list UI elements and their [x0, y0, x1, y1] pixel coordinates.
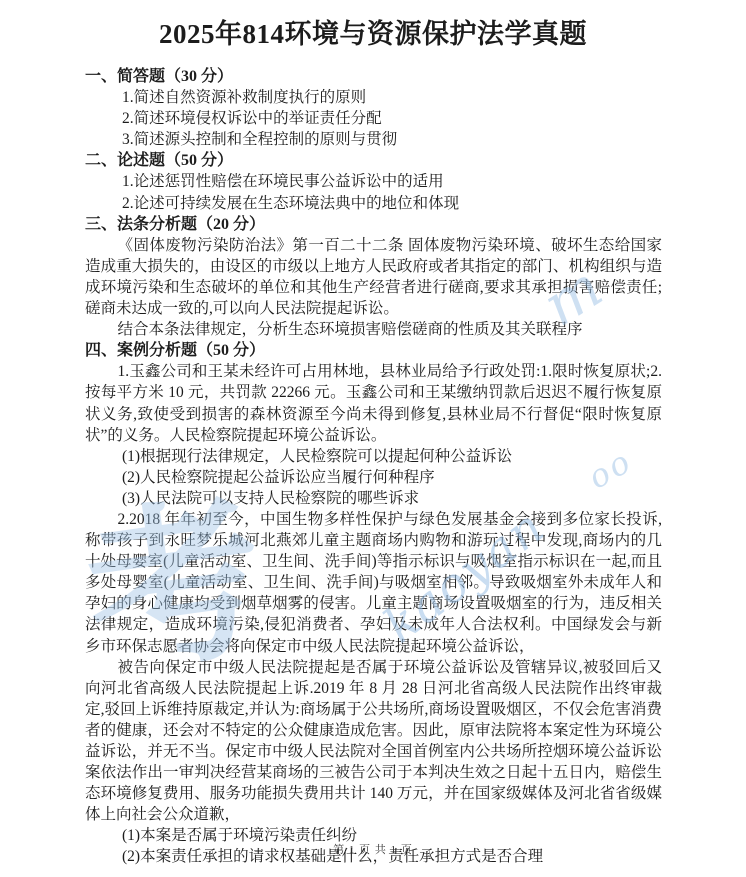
- document-body: 一、简答题（30 分） 1.简述自然资源补救制度执行的原则 2.简述环境侵权诉讼…: [85, 66, 662, 868]
- question-item: 2.论述可持续发展在生态环境法典中的地位和体现: [85, 193, 662, 214]
- statute-question-paragraph: 结合本条法律规定，分析生态环境损害赔偿磋商的性质及其关联程序: [85, 319, 662, 340]
- question-item: 1.论述惩罚性赔偿在环境民事公益诉讼中的适用: [85, 171, 662, 192]
- section-1-heading: 一、简答题（30 分）: [85, 66, 662, 87]
- section-4-heading: 四、案例分析题（50 分）: [85, 340, 662, 361]
- case-1-question: (3)人民法院可以支持人民检察院的哪些诉求: [85, 488, 662, 509]
- statute-text-paragraph: 《固体废物污染防治法》第一百二十二条 固体废物污染环境、破坏生态给国家造成重大损…: [85, 235, 662, 319]
- question-item: 2.简述环境侵权诉讼中的举证责任分配: [85, 108, 662, 129]
- exam-page: 考 kaoyan m oo 2025年814环境与资源保护法学真题 一、简答题（…: [0, 0, 746, 877]
- case-1-question: (2)人民检察院提起公益诉讼应当履行何种程序: [85, 467, 662, 488]
- case-1-question: (1)根据现行法律规定，人民检察院可以提起何种公益诉讼: [85, 446, 662, 467]
- case-1-paragraph: 1.玉鑫公司和王某未经许可占用林地，县林业局给予行政处罚:1.限时恢复原状;2.…: [85, 361, 662, 445]
- question-item: 1.简述自然资源补救制度执行的原则: [85, 87, 662, 108]
- section-2-heading: 二、论述题（50 分）: [85, 150, 662, 171]
- case-2-paragraph-2: 被告向保定市中级人民法院提起是否属于环境公益诉讼及管辖异议,被驳回后又向河北省高…: [85, 657, 662, 826]
- case-2-paragraph-1: 2.2018 年年初至今，中国生物多样性保护与绿色发展基金会接到多位家长投诉,称…: [85, 509, 662, 657]
- page-number-footer: 第 1 页 共 1 页: [0, 841, 746, 857]
- document-title: 2025年814环境与资源保护法学真题: [0, 12, 746, 51]
- question-item: 3.简述源头控制和全程控制的原则与贯彻: [85, 129, 662, 150]
- section-3-heading: 三、法条分析题（20 分）: [85, 214, 662, 235]
